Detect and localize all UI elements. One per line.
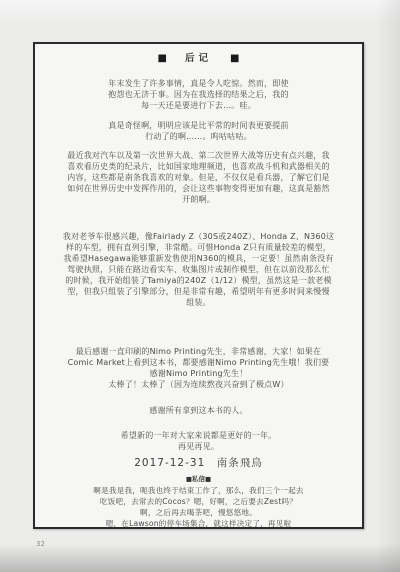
text-line: 我希望Hasegawa能够重新发售使用N360的模具，一定要！虽然南条没有 [35, 253, 362, 264]
paragraph-yearend: 年末发生了许多事情，真是令人吃惊。然而，即使抱怨也无济于事。因为在我选择的结果之… [35, 78, 362, 111]
text-line: 希望新的一年对大家来说都是更好的一年。 [35, 430, 362, 441]
text-line: 吃饭吧，去常去的Cocos？嗯，好啊，之后要去Zest吗？ [35, 496, 362, 507]
postscript-header: ■私信■ [35, 475, 362, 483]
postscript-dialogue: 啊是我是我，呃我也终于结束工作了，那么，我们三个一起去吃饭吧，去常去的Cocos… [35, 485, 362, 529]
text-line: 再见再见。 [35, 441, 362, 452]
text-line: 年末发生了许多事情，真是令人吃惊。然而，即使 [35, 78, 362, 89]
text-line: 抱怨也无济于事。因为在我选择的结果之后，我的 [35, 89, 362, 100]
text-line: 组装。 [35, 297, 362, 308]
text-line: 我对老爷车很感兴趣，像Fairlady Z（30S或240Z）、Honda Z、… [35, 231, 362, 242]
afterword-box: ■ 后记 ■ 年末发生了许多事情，真是令人吃惊。然而，即使抱怨也无济于事。因为在… [33, 42, 364, 529]
afterword-title-row: ■ 后记 ■ [35, 53, 362, 64]
paragraph-strange: 真是奇怪啊，明明应该是比平常的时间表更要提前行动了的啊……。呜咕咕咕。 [35, 120, 362, 142]
newyear-wish: 希望新的一年对大家来说都是更好的一年。再见再见。 [35, 430, 362, 452]
black-square-icon: ■ [230, 54, 239, 64]
text-line: 最后感谢一直印刷的Nimo Printing先生，非常感谢，大家！如果在 [35, 346, 362, 357]
text-line: 行动了的啊……。呜咕咕咕。 [35, 131, 362, 142]
text-line: 啊是我是我，呃我也终于结束工作了，那么，我们三个一起去 [35, 485, 362, 496]
text-line: 感谢Nimo Printing先生！ [35, 368, 362, 379]
page-number: 32 [36, 540, 45, 548]
text-line: 真是奇怪啊，明明应该是比平常的时间表更要提前 [35, 120, 362, 131]
text-line: 每一天还是要进行下去…。哇。 [35, 100, 362, 111]
black-square-icon: ■ [158, 54, 167, 64]
text-line: 开朗啊。 [35, 194, 362, 205]
text-line: 最近我对汽车以及第一次世界大战、第二次世界大战等历史有点兴趣，我 [35, 150, 362, 161]
text-line: 嗯，在Lawson的停车场集合，就这样决定了，再见啦 [35, 518, 362, 529]
paragraph-printer-thanks: 最后感谢一直印刷的Nimo Printing先生，非常感谢，大家！如果在Comi… [35, 346, 362, 390]
date-signature-line: 2017-12-31 南条飛鳥 [35, 457, 362, 470]
text-line: Comic Market上看到这本书，都要感谢Nimo Printing先生哦！… [35, 357, 362, 368]
text-line: 驾驶执照，只能在路边看实车、收集图片或制作模型，但在以前没那么忙 [35, 264, 362, 275]
scanned-page: ■ 后记 ■ 年末发生了许多事情，真是令人吃惊。然而，即使抱怨也无济于事。因为在… [0, 0, 400, 572]
text-line: 太棒了！太棒了（因为连续熬夜兴奋到了极点W） [35, 379, 362, 390]
paragraph-cars: 我对老爷车很感兴趣，像Fairlady Z（30S或240Z）、Honda Z、… [35, 231, 362, 308]
text-line: 样的车型，拥有直列引擎，非常酷。可惜Honda Z只有质量较差的模型， [35, 242, 362, 253]
text-line: 型，但我只组装了引擎部分，但是非常有趣，希望明年有更多时间来慢慢 [35, 286, 362, 297]
text-line: 啊，之后再去喝茶吧，慢悠悠地。 [35, 507, 362, 518]
text-line: 的时候，我开始组装了Tamiya的240Z（1/12）模型，虽然这是一款老模 [35, 275, 362, 286]
text-line: 如何在世界历史中发挥作用的，会让这些事物变得更加有趣，这真是豁然 [35, 183, 362, 194]
paragraph-history: 最近我对汽车以及第一次世界大战、第二次世界大战等历史有点兴趣，我喜欢看历史类的纪… [35, 150, 362, 205]
text-line: 内容，这些都是南条我喜欢的对象。但是，不仅仅是看兵器，了解它们是 [35, 172, 362, 183]
reader-thanks-line: 感谢所有拿到这本书的人。 [35, 405, 362, 416]
text-line: 喜欢看历史类的纪录片，比如国家地理频道，也喜欢战斗机和武器相关的 [35, 161, 362, 172]
page-title: 后记 [185, 53, 212, 64]
